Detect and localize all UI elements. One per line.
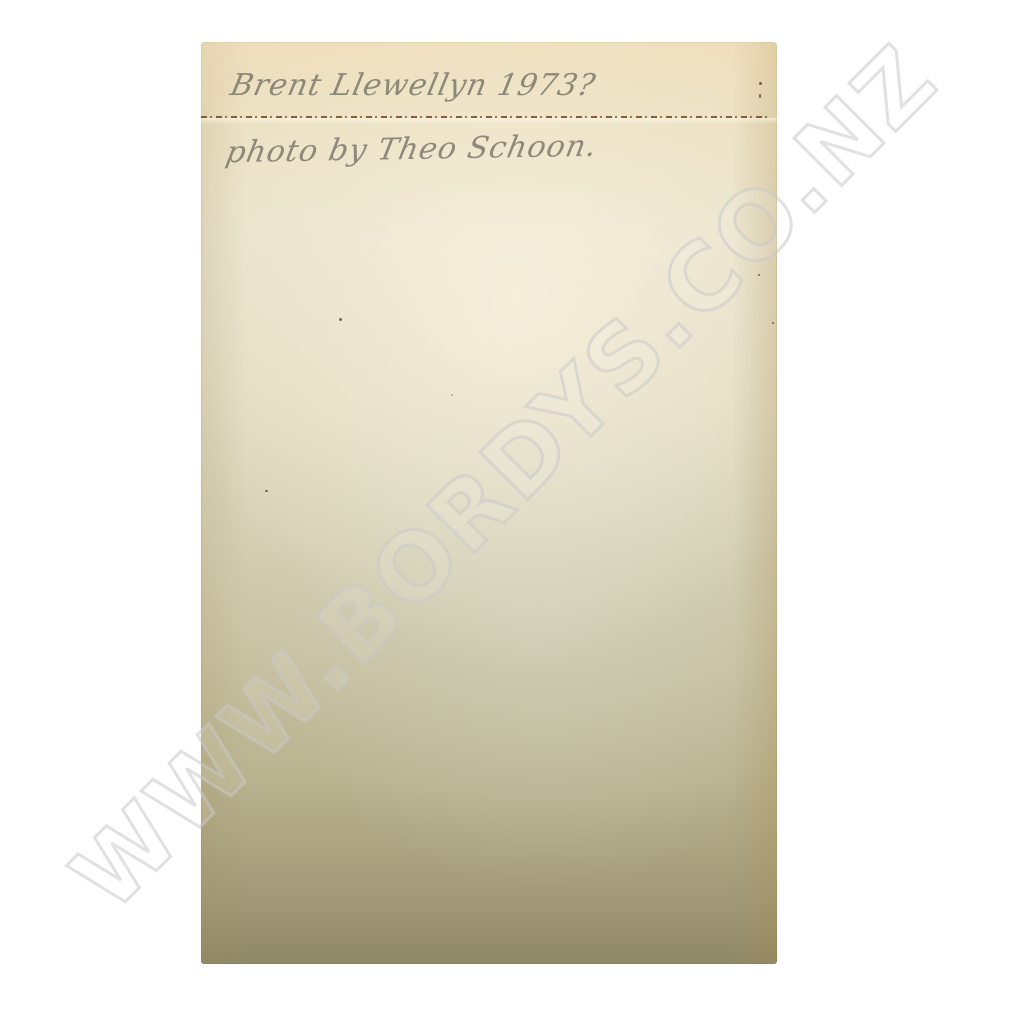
handwritten-caption-photographer: photo by Theo Schoon. — [223, 129, 600, 170]
paper-speck — [759, 82, 762, 85]
paper-speck — [772, 322, 774, 324]
paper-speck — [758, 274, 760, 276]
handwritten-caption-subject: Brent Llewellyn 1973? — [227, 68, 599, 103]
paper-speck — [759, 94, 761, 98]
paper-speck — [339, 318, 342, 321]
fold-highlight — [201, 118, 777, 124]
photograph-back: Brent Llewellyn 1973? photo by Theo Scho… — [201, 42, 777, 964]
paper-speck — [265, 490, 268, 492]
image-stage: Brent Llewellyn 1973? photo by Theo Scho… — [0, 0, 1024, 1024]
paper-speck — [451, 394, 453, 396]
